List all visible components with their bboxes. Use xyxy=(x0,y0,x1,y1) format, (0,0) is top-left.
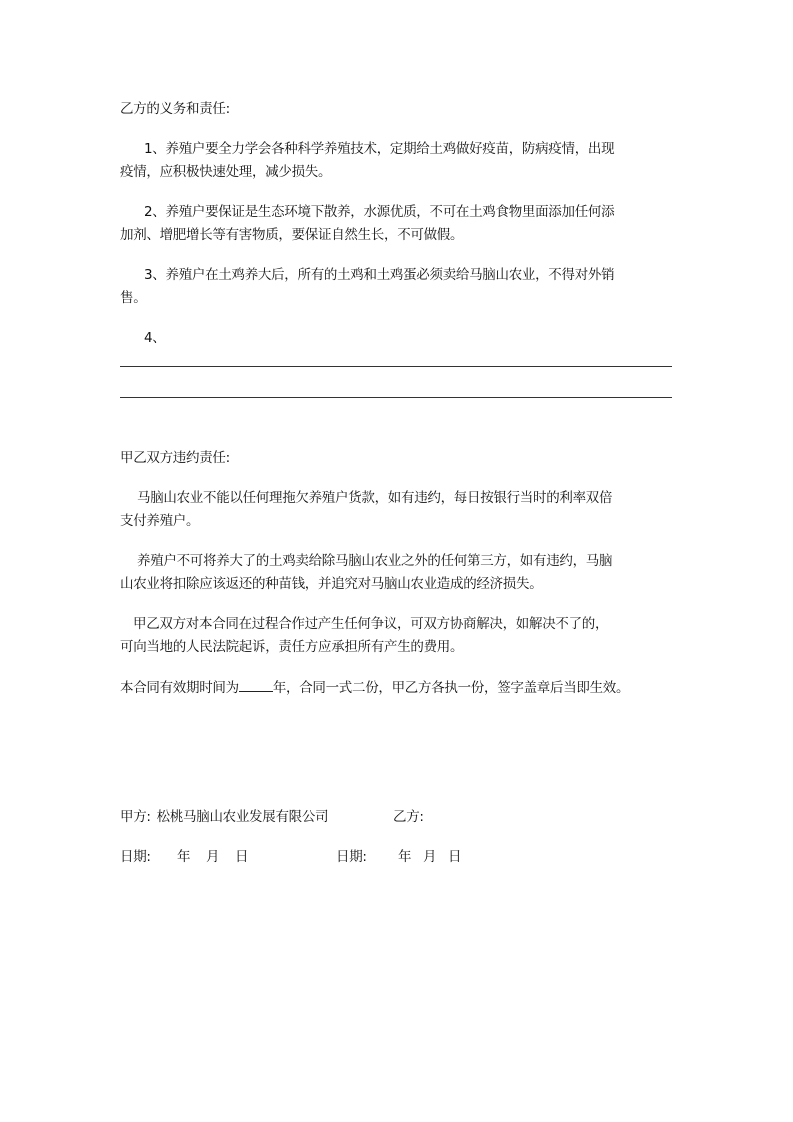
party-a-label: 甲方: xyxy=(120,808,151,826)
validity-clause: 本合同有效期时间为年，合同一式二份，甲乙方各执一份，签字盖章后当即生效。 xyxy=(120,678,676,697)
validity-text-before: 本合同有效期时间为 xyxy=(120,680,239,696)
validity-years-blank xyxy=(239,678,273,692)
obligation-item-4-label: 4、 xyxy=(144,329,700,347)
party-a-name: 松桃马脑山农业发展有限公司 xyxy=(157,808,329,826)
breach-paragraph-3-line2: 可向当地的人民法院起诉，责任方应承担所有产生的费用。 xyxy=(120,638,676,656)
breach-heading: 甲乙双方违约责任: xyxy=(120,449,676,467)
obligation-item-2-line2: 加剂、增肥增长等有害物质，要保证自然生长，不可做假。 xyxy=(120,226,676,244)
party-b-label: 乙方: xyxy=(393,808,793,826)
party-b-date-day: 日 xyxy=(448,848,793,866)
obligation-item-2-line1: 2、养殖户要保证是生态环境下散养，水源优质，不可在土鸡食物里面添加任何添 xyxy=(144,203,700,221)
breach-paragraph-3-line1: 甲乙双方对本合同在过程合作过产生任何争议，可双方协商解决，如解决不了的， xyxy=(133,615,689,633)
breach-paragraph-2-line2: 山农业将扣除应该返还的种苗钱，并追究对马脑山农业造成的经济损失。 xyxy=(120,575,676,593)
breach-paragraph-1-line2: 支付养殖户。 xyxy=(120,512,676,530)
obligation-item-1-line2: 疫情，应积极快速处理，减少损失。 xyxy=(120,163,676,181)
breach-paragraph-2-line1: 养殖户不可将养大了的土鸡卖给除马脑山农业之外的任何第三方，如有违约，马脑 xyxy=(137,552,693,570)
contract-page: 乙方的义务和责任: 1、养殖户要全力学会各种科学养殖技术，定期给土鸡做好疫苗，防… xyxy=(0,0,793,1122)
fill-in-line-2 xyxy=(120,397,672,398)
obligation-item-3-line2: 售。 xyxy=(120,289,676,307)
breach-paragraph-1-line1: 马脑山农业不能以任何理拖欠养殖户货款，如有违约，每日按银行当时的利率双倍 xyxy=(137,489,693,507)
obligation-item-3-line1: 3、养殖户在土鸡养大后，所有的土鸡和土鸡蛋必须卖给马脑山农业，不得对外销 xyxy=(144,266,700,284)
fill-in-line-1 xyxy=(120,366,672,367)
obligation-item-1-line1: 1、养殖户要全力学会各种科学养殖技术，定期给土鸡做好疫苗，防病疫情，出现 xyxy=(144,140,700,158)
obligations-heading: 乙方的义务和责任: xyxy=(120,100,676,118)
validity-text-after: 年，合同一式二份，甲乙方各执一份，签字盖章后当即生效。 xyxy=(273,680,629,696)
